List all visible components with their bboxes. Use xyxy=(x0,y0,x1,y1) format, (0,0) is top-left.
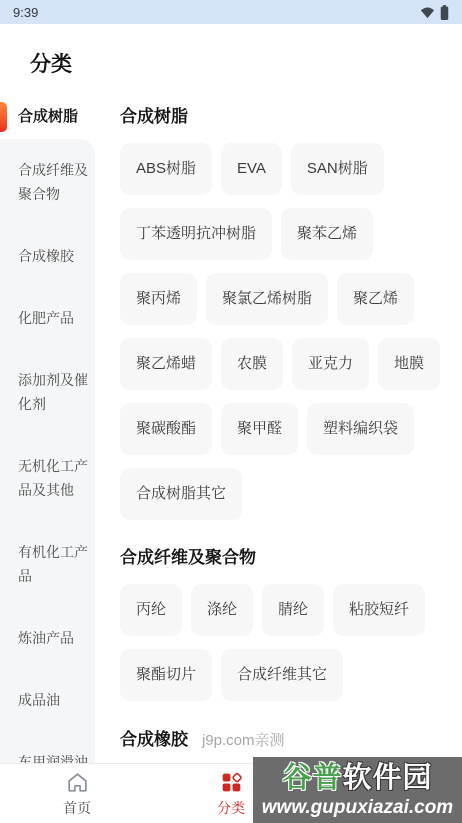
category-body: 合成树脂合成纤维及聚合物合成橡胶化肥产品添加剂及催化剂无机化工产品及其他有机化工… xyxy=(0,95,462,763)
watermark-brand-white: 软件园 xyxy=(343,762,433,794)
sidebar-item[interactable]: 合成树脂 xyxy=(0,95,95,139)
status-icons xyxy=(420,5,449,20)
category-icon xyxy=(219,770,244,795)
section-title: 合成橡胶 xyxy=(120,730,188,750)
status-bar: 9:39 xyxy=(0,0,462,24)
watermark-brand-green: 谷普 xyxy=(282,762,342,794)
section-title: 合成树脂 xyxy=(120,107,188,127)
sidebar-item[interactable]: 车用润滑油 xyxy=(0,731,95,763)
sidebar-item-label: 合成橡胶 xyxy=(18,244,74,268)
category-chip[interactable]: 丁苯透明抗冲树脂 xyxy=(120,208,272,260)
nav-item-label: 首页 xyxy=(63,798,91,818)
wifi-icon xyxy=(420,6,435,19)
sidebar-item-label: 成品油 xyxy=(18,688,60,712)
category-chip[interactable]: 聚碳酸酯 xyxy=(120,403,212,455)
status-time: 9:39 xyxy=(13,5,38,20)
app-screen: 9:39 分类 合成树脂合成纤维及聚合物合成橡胶化肥产品添加剂及催化剂无机化工产… xyxy=(0,0,462,823)
category-chip[interactable]: 腈纶 xyxy=(262,584,324,636)
sidebar-item-label: 炼油产品 xyxy=(18,626,74,650)
sidebar-item[interactable]: 成品油 xyxy=(0,669,95,731)
nav-item-home[interactable]: 首页 xyxy=(0,764,154,823)
sidebar-item[interactable]: 无机化工产品及其他 xyxy=(0,435,95,521)
app-header: 分类 xyxy=(0,24,462,94)
category-chip[interactable]: 丙纶 xyxy=(120,584,182,636)
sidebar-item[interactable]: 化肥产品 xyxy=(0,287,95,349)
category-chip[interactable]: 合成树脂其它 xyxy=(120,468,242,520)
category-chip[interactable]: 亚克力 xyxy=(292,338,369,390)
home-icon xyxy=(65,770,90,795)
category-chip[interactable]: 涤纶 xyxy=(191,584,253,636)
category-chip[interactable]: 聚甲醛 xyxy=(221,403,298,455)
section-title: 合成纤维及聚合物 xyxy=(120,548,256,568)
chip-group: ABS树脂EVASAN树脂丁苯透明抗冲树脂聚苯乙烯聚丙烯聚氯乙烯树脂聚乙烯聚乙烯… xyxy=(120,143,452,520)
nav-item-label: 分类 xyxy=(217,798,245,818)
category-chip[interactable]: 塑料编织袋 xyxy=(307,403,414,455)
category-chip[interactable]: 聚氯乙烯树脂 xyxy=(206,273,328,325)
sidebar-item-label: 合成纤维及聚合物 xyxy=(18,158,89,206)
sidebar-item-label: 无机化工产品及其他 xyxy=(18,454,89,502)
battery-icon xyxy=(440,5,449,20)
section-header: 合成橡胶j9p.com亲测 xyxy=(120,729,452,750)
sidebar-item[interactable]: 添加剂及催化剂 xyxy=(0,349,95,435)
category-chip[interactable]: 合成纤维其它 xyxy=(221,649,343,701)
sidebar-item[interactable]: 炼油产品 xyxy=(0,607,95,669)
content-panel[interactable]: 合成树脂ABS树脂EVASAN树脂丁苯透明抗冲树脂聚苯乙烯聚丙烯聚氯乙烯树脂聚乙… xyxy=(95,95,462,763)
category-chip[interactable]: 聚乙烯蜡 xyxy=(120,338,212,390)
section-header: 合成树脂 xyxy=(120,107,452,127)
sidebar-item-label: 车用润滑油 xyxy=(18,750,88,763)
sidebar-item[interactable]: 合成纤维及聚合物 xyxy=(0,139,95,225)
watermark-url: www.gupuxiazai.com xyxy=(262,798,453,817)
sidebar-item[interactable]: 合成橡胶 xyxy=(0,225,95,287)
watermark-brand: 谷普软件园 xyxy=(282,764,432,793)
sidebar-item-label: 添加剂及催化剂 xyxy=(18,368,89,416)
sidebar-item-label: 合成树脂 xyxy=(18,105,78,129)
category-chip[interactable]: 聚酯切片 xyxy=(120,649,212,701)
category-chip[interactable]: ABS树脂 xyxy=(120,143,212,195)
sidebar[interactable]: 合成树脂合成纤维及聚合物合成橡胶化肥产品添加剂及催化剂无机化工产品及其他有机化工… xyxy=(0,95,95,763)
page-title: 分类 xyxy=(30,53,72,76)
category-chip[interactable]: 农膜 xyxy=(221,338,283,390)
category-chip[interactable]: EVA xyxy=(221,143,282,195)
watermark-overlay: 谷普软件园 www.gupuxiazai.com xyxy=(253,757,462,823)
sidebar-item-label: 有机化工产品 xyxy=(18,540,89,588)
category-chip[interactable]: 聚丙烯 xyxy=(120,273,197,325)
sidebar-item[interactable]: 有机化工产品 xyxy=(0,521,95,607)
inline-watermark-text: j9p.com亲测 xyxy=(202,729,285,750)
sidebar-item-label: 化肥产品 xyxy=(18,306,74,330)
section-header: 合成纤维及聚合物 xyxy=(120,548,452,568)
category-chip[interactable]: 聚苯乙烯 xyxy=(281,208,373,260)
category-chip[interactable]: 聚乙烯 xyxy=(337,273,414,325)
category-chip[interactable]: SAN树脂 xyxy=(291,143,384,195)
chip-group: 丙纶涤纶腈纶粘胶短纤聚酯切片合成纤维其它 xyxy=(120,584,452,701)
category-chip[interactable]: 粘胶短纤 xyxy=(333,584,425,636)
category-chip[interactable]: 地膜 xyxy=(378,338,440,390)
